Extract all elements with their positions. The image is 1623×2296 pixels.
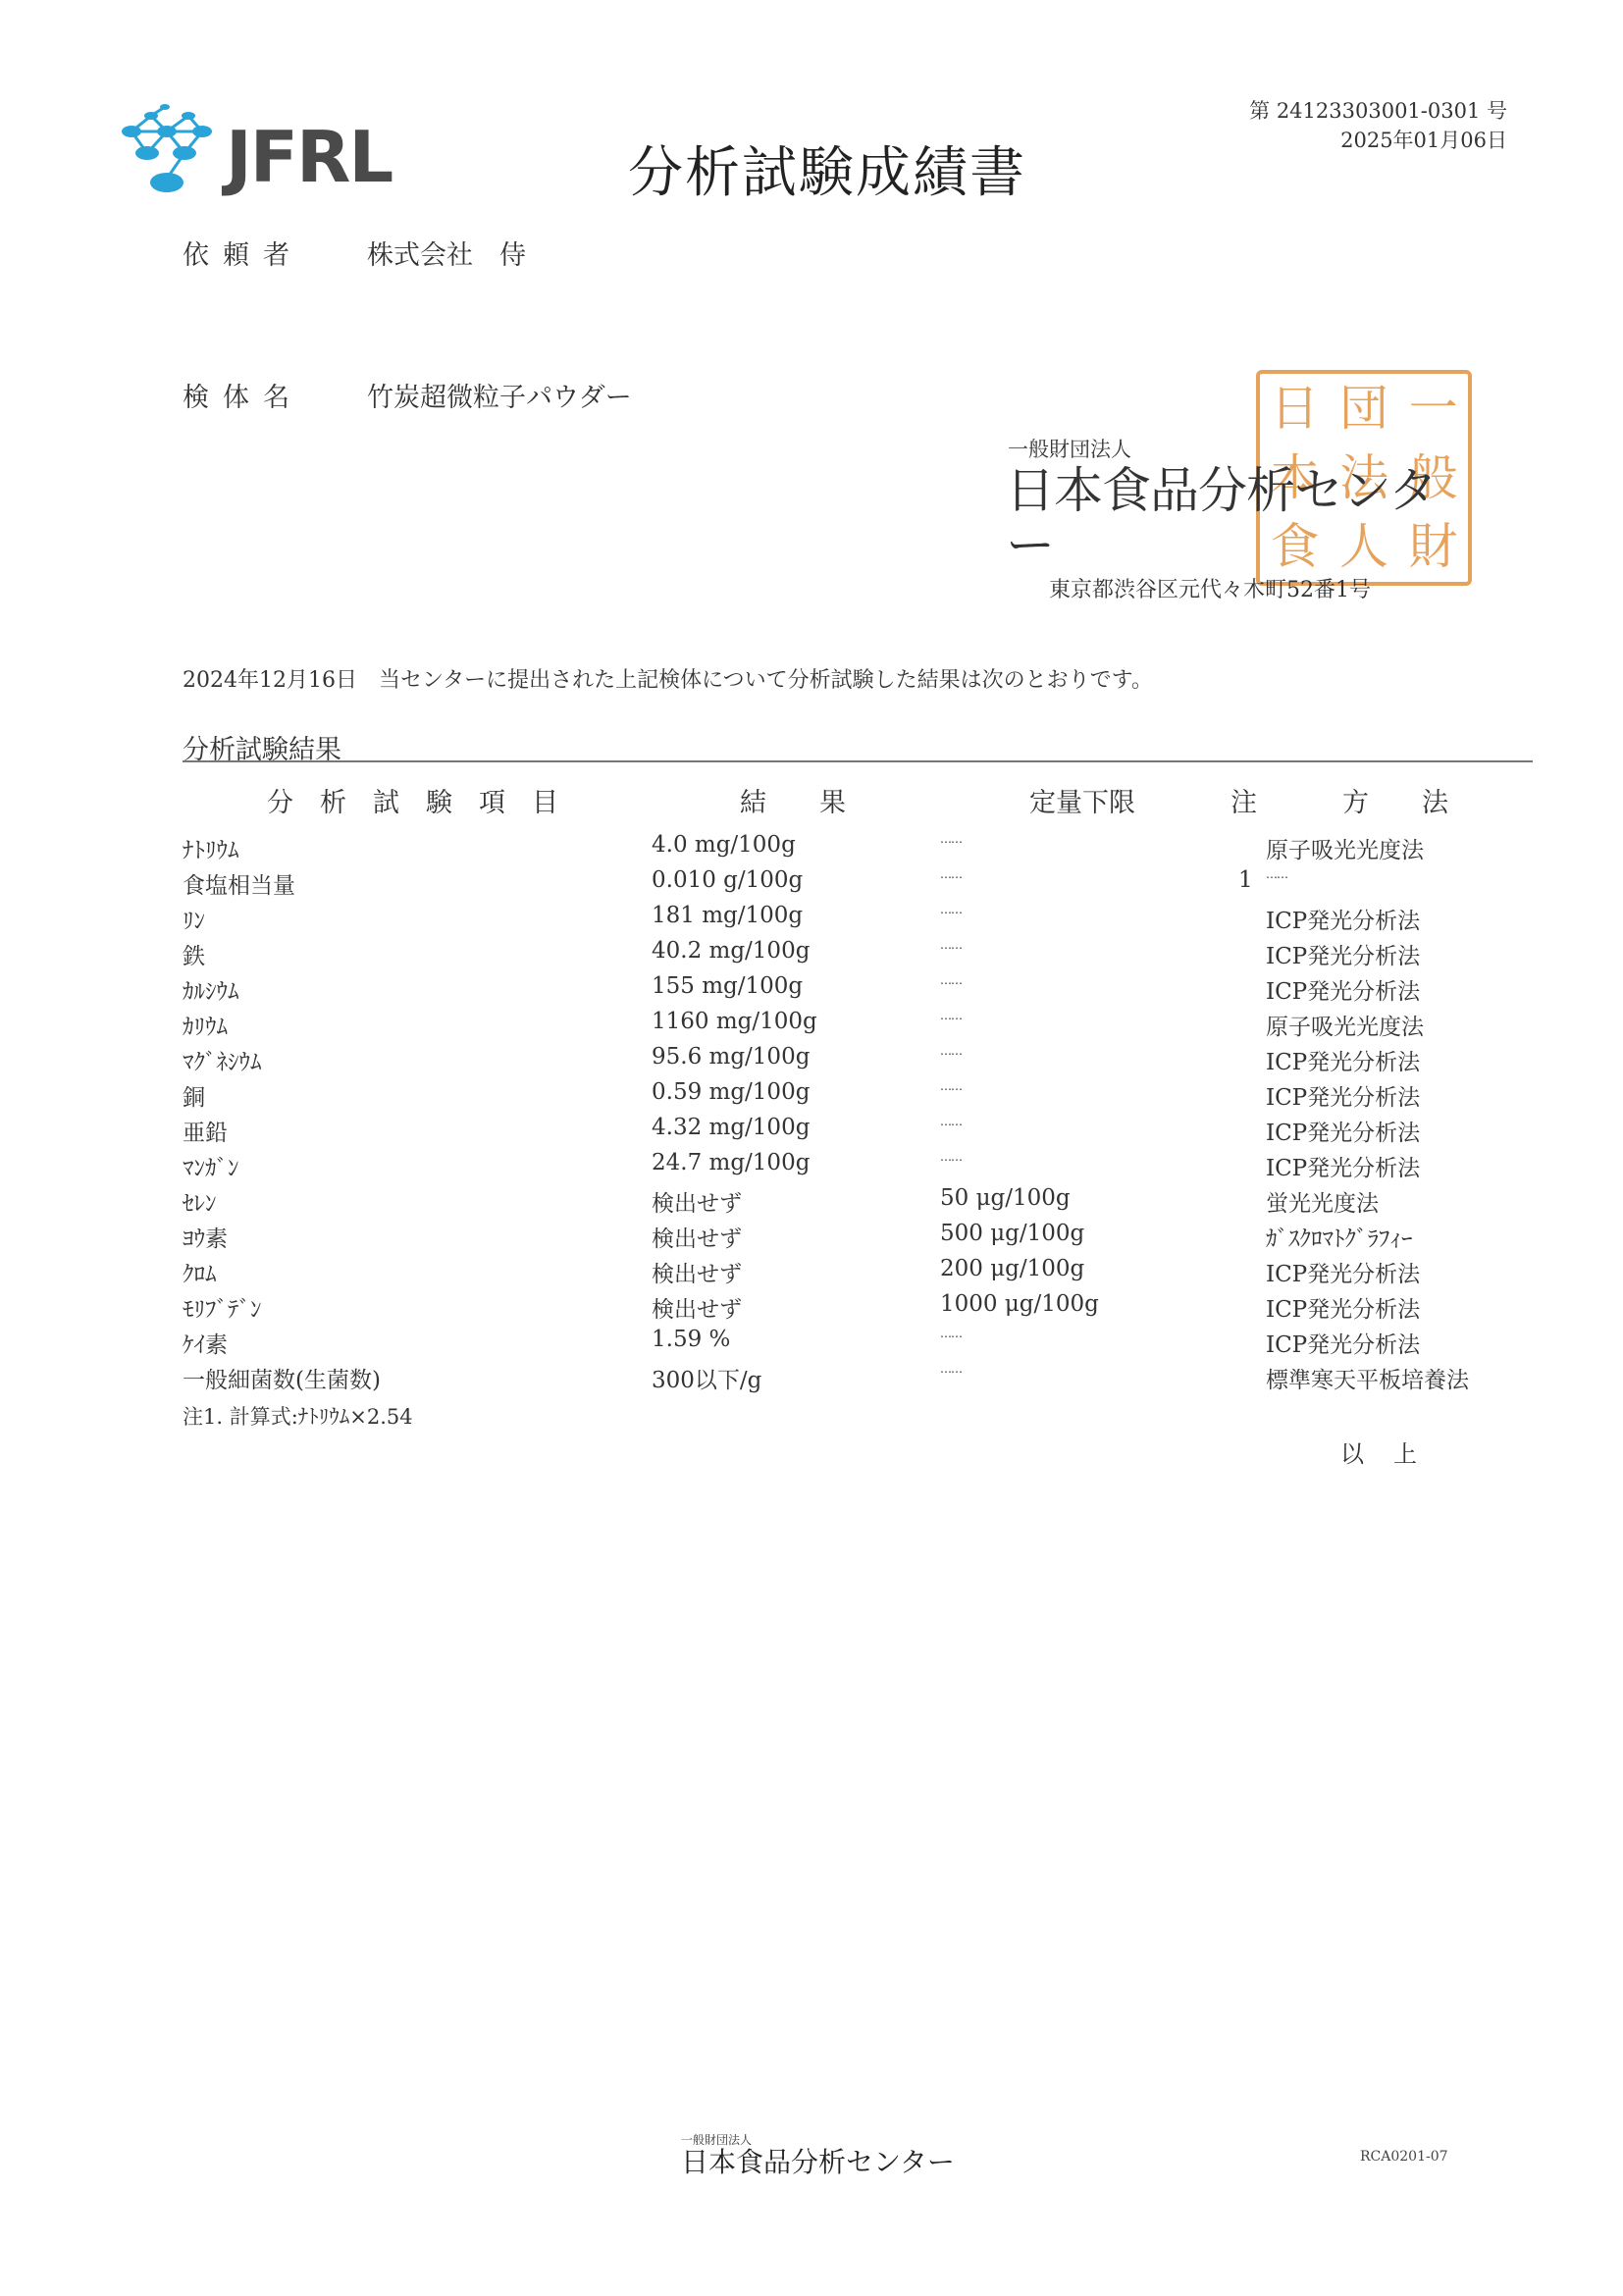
row-method: ICP発光分析法: [1266, 1327, 1420, 1359]
row-loq: ……: [940, 1115, 962, 1128]
row-item-name: ﾖｳ素: [183, 1221, 228, 1253]
jfrl-logo: JFRL: [116, 102, 410, 200]
row-result: 検出せず: [652, 1256, 742, 1288]
row-method: ICP発光分析法: [1266, 1256, 1420, 1288]
row-method: ICP発光分析法: [1266, 903, 1420, 935]
header-loq: 定量下限: [1029, 781, 1135, 819]
sample-label: 検体名: [183, 376, 367, 414]
row-item-name: ｸﾛﾑ: [183, 1256, 217, 1288]
form-code: RCA0201-07: [1360, 2149, 1448, 2165]
row-result: 検出せず: [652, 1221, 742, 1253]
header-note: 注: [1230, 781, 1257, 819]
row-item-name: ﾏｸﾞﾈｼｳﾑ: [183, 1044, 262, 1076]
row-item-name: ﾅﾄﾘｳﾑ: [183, 832, 239, 864]
row-method: 標準寒天平板培養法: [1266, 1362, 1469, 1394]
footer-org-name: 日本食品分析センター: [681, 2148, 955, 2177]
row-item-name: ｹｲ素: [183, 1327, 228, 1359]
row-loq: ……: [940, 1150, 962, 1164]
row-item-name: 一般細菌数(生菌数): [183, 1362, 381, 1394]
row-result: 300以下/g: [652, 1362, 761, 1394]
header-item: 分 析 試 験 項 目: [267, 781, 558, 819]
row-loq: 500 μg/100g: [940, 1221, 1084, 1246]
sample-value: 竹炭超微粒子パウダー: [367, 383, 632, 413]
row-result: 1.59 %: [652, 1327, 730, 1352]
row-loq: ……: [940, 973, 962, 987]
intro-statement: 2024年12月16日 当センターに提出された上記検体について分析試験した結果は…: [183, 663, 1153, 694]
header-result: 結 果: [740, 781, 846, 819]
row-result: 検出せず: [652, 1291, 742, 1324]
row-method: 原子吸光光度法: [1266, 832, 1424, 864]
row-item-name: ｶﾙｼｳﾑ: [183, 973, 239, 1006]
row-loq: ……: [940, 1044, 962, 1058]
row-method: ICP発光分析法: [1266, 1291, 1420, 1324]
row-result: 0.010 g/100g: [652, 867, 803, 893]
logo-text: JFRL: [226, 116, 392, 198]
end-mark: 以上: [1340, 1435, 1446, 1469]
row-method: 原子吸光光度法: [1266, 1009, 1424, 1041]
document-title: 分析試験成績書: [628, 130, 1026, 208]
section-divider: [183, 760, 1533, 762]
issuer-name: 日本食品分析センター: [1006, 463, 1467, 573]
row-loq: ……: [940, 903, 962, 916]
row-loq: ……: [940, 867, 962, 881]
row-item-name: ｾﾚﾝ: [183, 1185, 217, 1218]
client-row: 依頼者株式会社 侍: [183, 234, 526, 272]
sample-row: 検体名竹炭超微粒子パウダー: [183, 376, 632, 414]
issuer-type: 一般財団法人: [1008, 434, 1467, 463]
row-method: ICP発光分析法: [1266, 1115, 1420, 1147]
row-result: 40.2 mg/100g: [652, 938, 810, 964]
row-item-name: ﾏﾝｶﾞﾝ: [183, 1150, 239, 1182]
row-method: ICP発光分析法: [1266, 938, 1420, 970]
row-method: ICP発光分析法: [1266, 973, 1420, 1006]
row-result: 4.0 mg/100g: [652, 832, 796, 858]
footnote: 注1. 計算式:ﾅﾄﾘｳﾑ×2.54: [183, 1401, 413, 1431]
row-result: 95.6 mg/100g: [652, 1044, 810, 1070]
issuer-block: 一般財団法人 日本食品分析センター 東京都渋谷区元代々木町52番1号: [1006, 434, 1467, 603]
row-result: 4.32 mg/100g: [652, 1115, 810, 1140]
row-result: 181 mg/100g: [652, 903, 803, 928]
issue-date: 2025年01月06日: [1249, 126, 1507, 155]
row-method: ｶﾞｽｸﾛﾏﾄｸﾞﾗﾌｨｰ: [1266, 1221, 1413, 1253]
row-loq: ……: [940, 1009, 962, 1022]
issuer-address: 東京都渋谷区元代々木町52番1号: [1049, 573, 1467, 603]
header-method: 方 法: [1342, 781, 1448, 819]
row-result: 24.7 mg/100g: [652, 1150, 810, 1175]
row-result: 0.59 mg/100g: [652, 1079, 810, 1105]
row-loq: 50 μg/100g: [940, 1185, 1071, 1211]
row-item-name: ﾘﾝ: [183, 903, 205, 935]
row-note: 1: [1238, 867, 1253, 893]
row-loq: ……: [940, 1362, 962, 1376]
row-loq: ……: [940, 1079, 962, 1093]
row-item-name: 食塩相当量: [183, 867, 295, 900]
row-loq: 200 μg/100g: [940, 1256, 1084, 1281]
row-item-name: ﾓﾘﾌﾞﾃﾞﾝ: [183, 1291, 262, 1324]
footer-org: 一般財団法人 日本食品分析センター: [681, 2131, 955, 2177]
document-number-block: 第 24123303001-0301 号 2025年01月06日: [1249, 96, 1507, 155]
row-loq: ……: [940, 1327, 962, 1340]
document-number: 第 24123303001-0301 号: [1249, 96, 1507, 126]
row-method: ICP発光分析法: [1266, 1044, 1420, 1076]
row-method: ICP発光分析法: [1266, 1150, 1420, 1182]
row-item-name: ｶﾘｳﾑ: [183, 1009, 228, 1041]
row-item-name: 銅: [183, 1079, 205, 1112]
row-item-name: 鉄: [183, 938, 205, 970]
client-label: 依頼者: [183, 234, 367, 272]
row-result: 検出せず: [652, 1185, 742, 1218]
client-value: 株式会社 侍: [367, 240, 526, 271]
row-item-name: 亜鉛: [183, 1115, 228, 1147]
molecule-network-icon: [116, 102, 224, 200]
row-loq: ……: [940, 832, 962, 846]
row-result: 155 mg/100g: [652, 973, 803, 999]
row-loq: 1000 μg/100g: [940, 1291, 1099, 1317]
row-method: 蛍光光度法: [1266, 1185, 1379, 1218]
row-result: 1160 mg/100g: [652, 1009, 817, 1034]
row-loq: ……: [940, 938, 962, 952]
row-method: ICP発光分析法: [1266, 1079, 1420, 1112]
row-method: ……: [1266, 867, 1287, 881]
